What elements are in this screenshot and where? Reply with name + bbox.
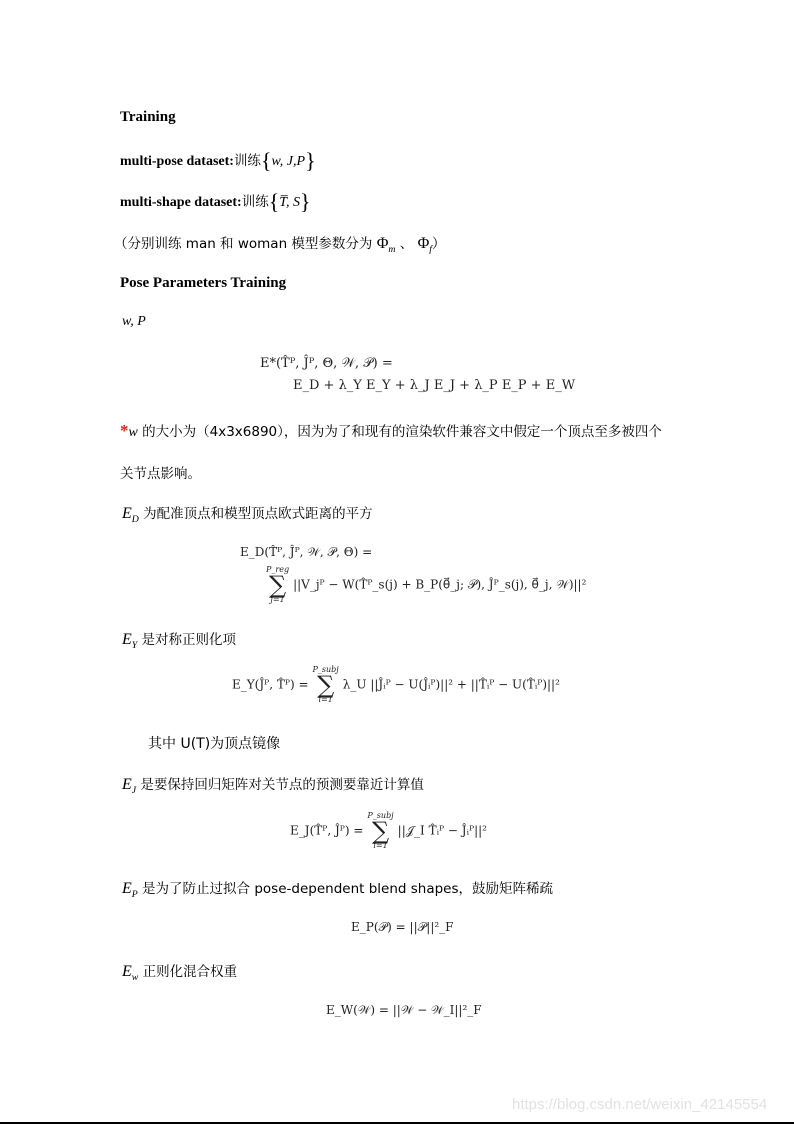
term-ew-desc: Ew 正则化混合权重 bbox=[122, 960, 237, 983]
asterisk-icon: * bbox=[120, 421, 129, 440]
w-size-note-cont: 关节点影响。 bbox=[120, 462, 201, 482]
multi-pose-label: multi-pose dataset: bbox=[120, 154, 234, 169]
equation-total-line1: E*(T̂ᴾ, Ĵᴾ, Θ, 𝒲, 𝒫) = bbox=[260, 356, 393, 371]
equation-ey: E_Y(Ĵᴾ, T̂ᴾ) =P_subj∑i=1λ_U ||Ĵᵢᴾ − U(Ĵᵢ… bbox=[232, 666, 560, 704]
gender-note: （分别训练 man 和 woman 模型参数分为 Φm 、 Φf） bbox=[114, 232, 446, 255]
document-page: Training multi-pose dataset:训练{w, J,P} m… bbox=[0, 0, 794, 1124]
equation-ed-line1: E_D(T̂ᴾ, Ĵᴾ, 𝒲, 𝒫, Θ) = bbox=[240, 545, 372, 560]
multi-shape-line: multi-shape dataset:训练{T̅, S} bbox=[120, 189, 311, 215]
heading-training: Training bbox=[120, 109, 176, 126]
equation-ep: E_P(𝒫) = ||𝒫||²_F bbox=[351, 920, 454, 935]
term-ed-desc: ED 为配准顶点和模型顶点欧式距离的平方 bbox=[122, 502, 373, 525]
term-ep-desc: EP 是为了防止过拟合 pose-dependent blend shapes，… bbox=[122, 877, 553, 900]
multi-pose-line: multi-pose dataset:训练{w, J,P} bbox=[120, 148, 316, 174]
w-size-note: *w 的大小为（4x3x6890），因为为了和现有的渲染软件兼容文中假定一个顶点… bbox=[120, 420, 662, 441]
equation-ew: E_W(𝒲) = ||𝒲 − 𝒲_I||²_F bbox=[326, 1003, 482, 1018]
term-ey-desc: EY 是对称正则化项 bbox=[122, 628, 236, 651]
multi-shape-label: multi-shape dataset: bbox=[120, 195, 242, 210]
equation-ej: E_J(T̂ᴾ, Ĵᴾ) =P_subj∑i=1||𝒥_I T̂ᵢᴾ − Ĵᵢᴾ… bbox=[290, 812, 487, 850]
multi-pose-cn: 训练 bbox=[234, 153, 261, 169]
u-mirror-note: 其中 U(T)为顶点镜像 bbox=[148, 733, 280, 753]
multi-shape-params: T̅, S bbox=[279, 195, 300, 210]
watermark: https://blog.csdn.net/weixin_42145554 bbox=[512, 1096, 767, 1113]
equation-total-line2: E_D + λ_Y E_Y + λ_J E_J + λ_P E_P + E_W bbox=[293, 378, 575, 393]
equation-ed-line2: P_reg∑j=1||V_jᴾ − W(T̂ᴾ_s(j) + B_P(θ⃗_j;… bbox=[262, 566, 586, 604]
pose-params-vars: w, P bbox=[122, 314, 146, 330]
multi-pose-params: w, J,P bbox=[272, 154, 306, 169]
multi-shape-cn: 训练 bbox=[242, 194, 269, 210]
term-ej-desc: EJ 是要保持回归矩阵对关节点的预测要靠近计算值 bbox=[122, 773, 424, 796]
heading-pose-params: Pose Parameters Training bbox=[120, 275, 286, 292]
